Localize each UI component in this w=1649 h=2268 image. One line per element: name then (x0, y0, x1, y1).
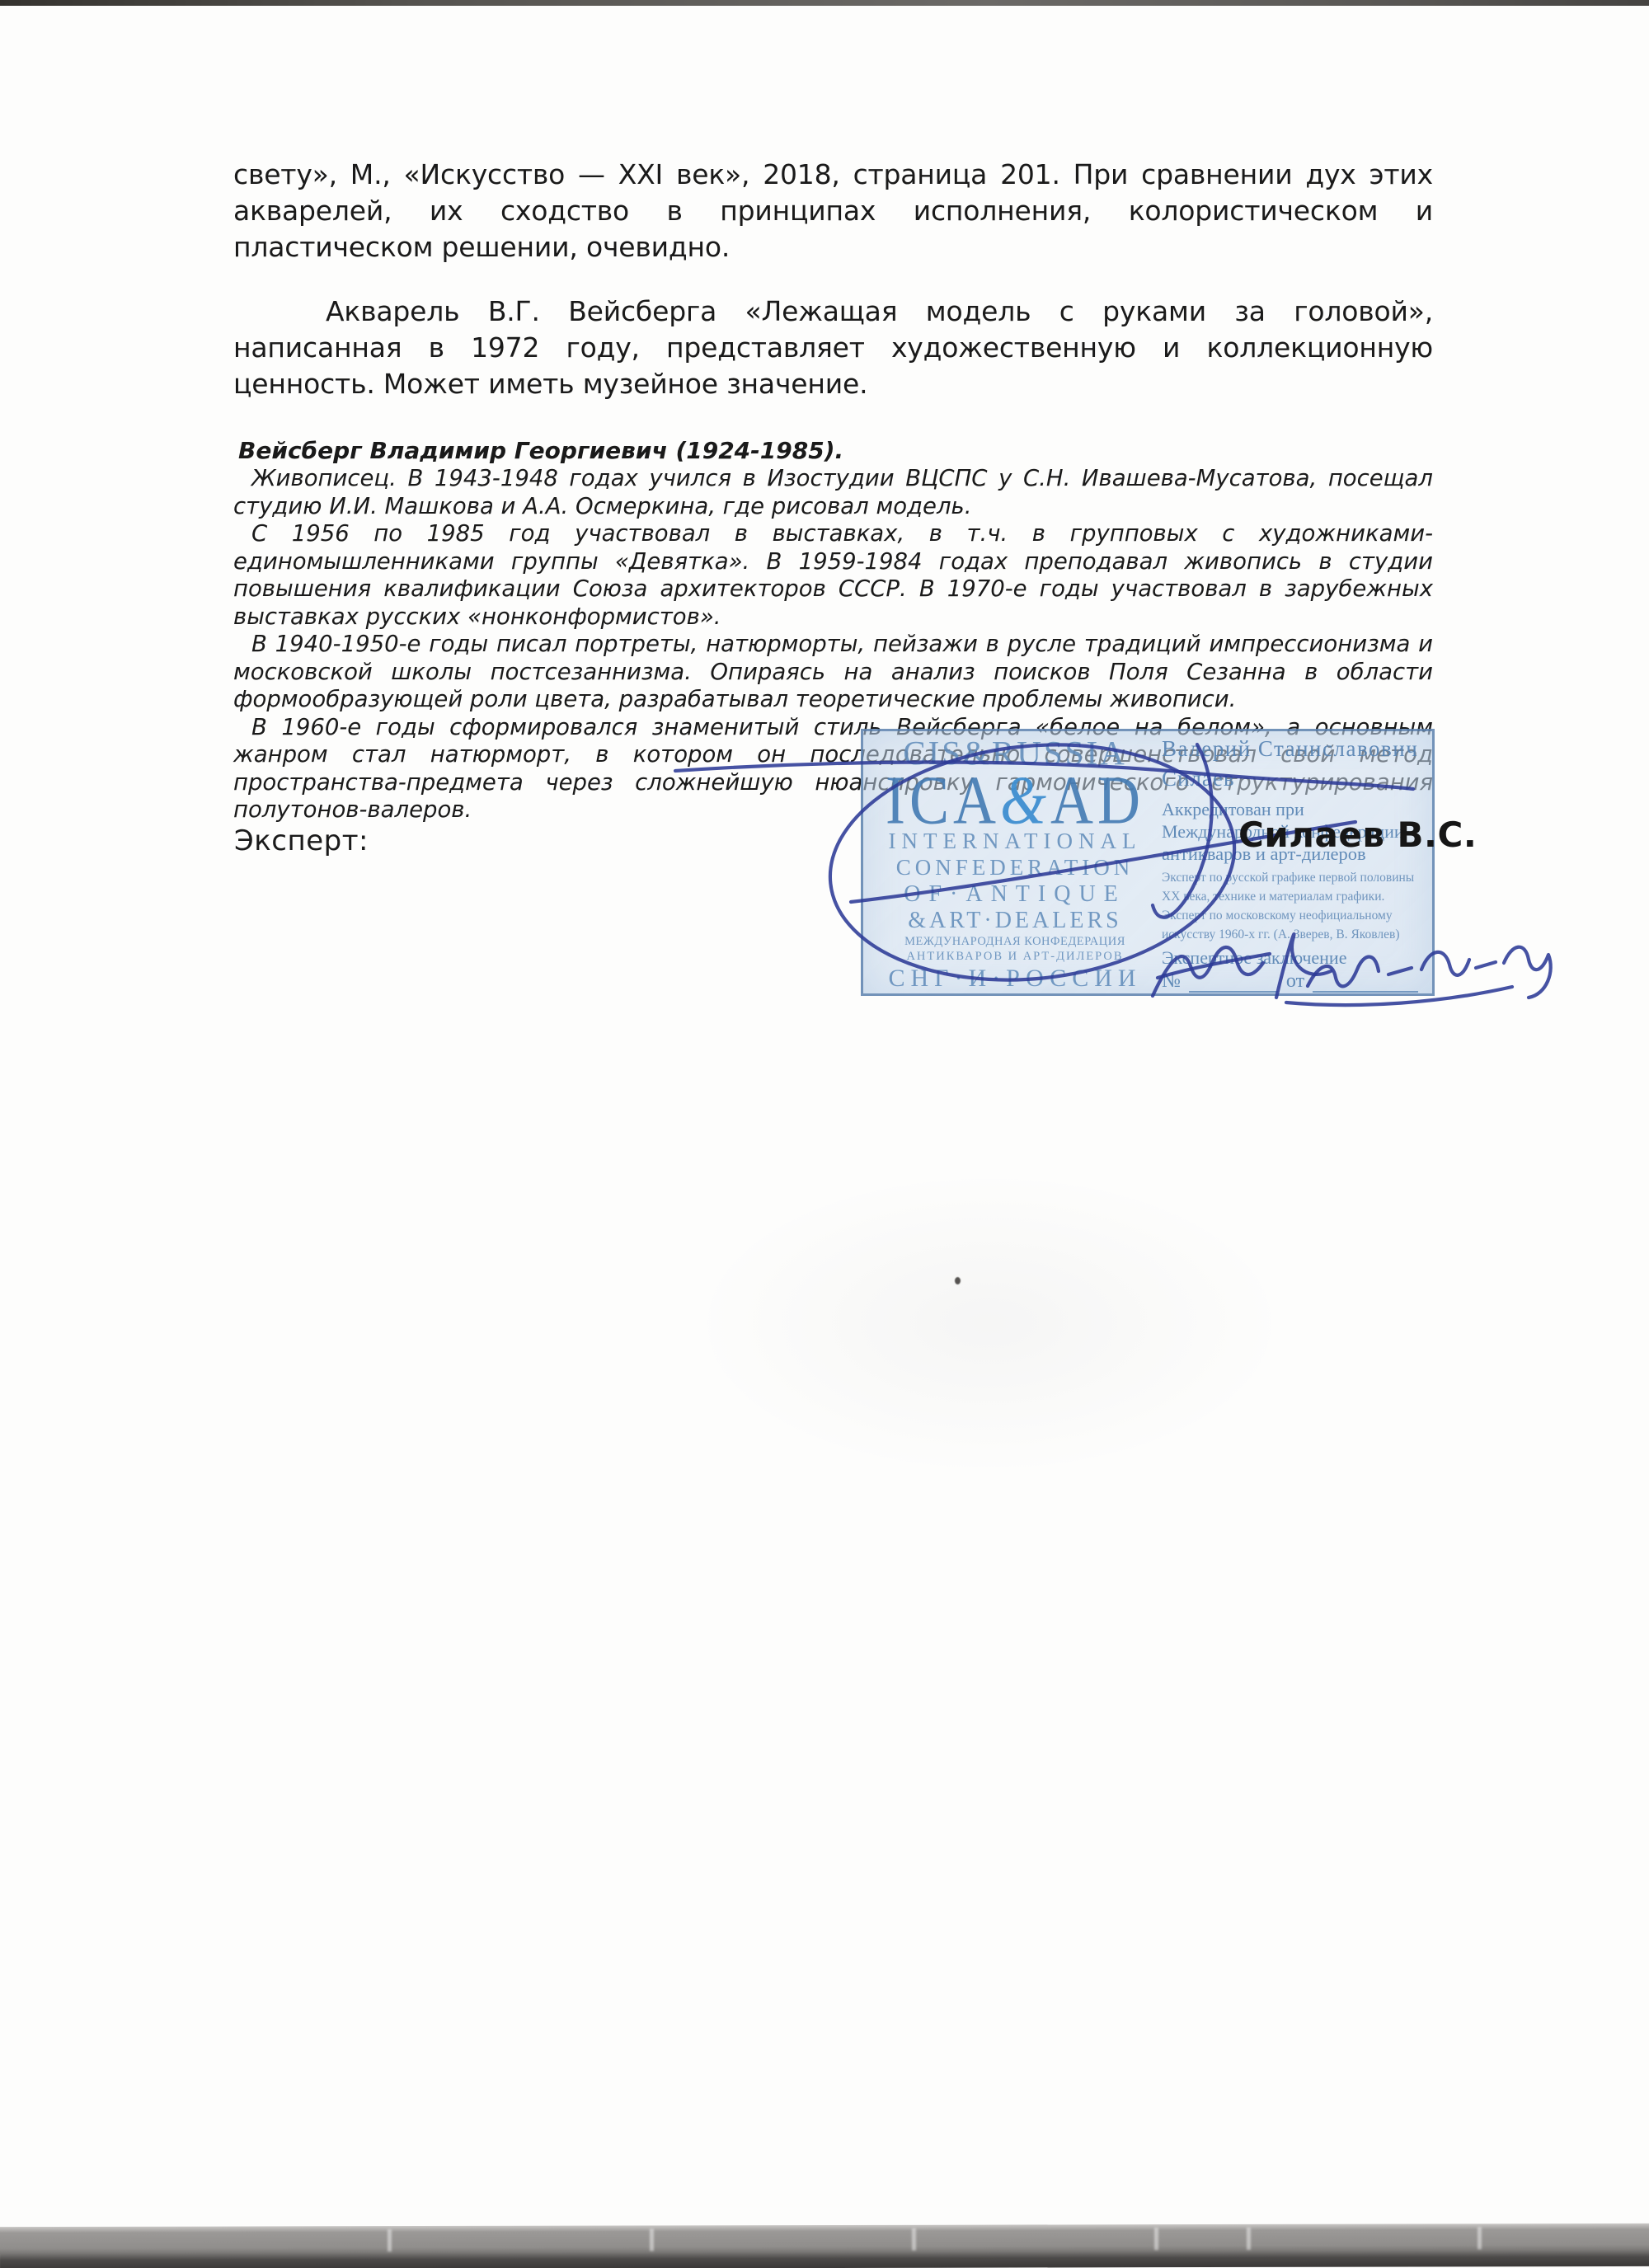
scan-band-gap (1478, 2227, 1482, 2249)
ink-speck (955, 1277, 961, 1284)
stamp-line-dealers-cyr: АНТИКВАРОВ И АРТ-ДИЛЕРОВ (870, 950, 1160, 964)
paragraph-continuation: свету», М., «Искусство — XXI век», 2018,… (233, 157, 1433, 265)
text-body: свету», М., «Искусство — XXI век», 2018,… (233, 157, 1433, 824)
scan-band-gap (1154, 2228, 1158, 2250)
document-page: свету», М., «Искусство — XXI век», 2018,… (0, 0, 1649, 2268)
blank-line-date (1313, 973, 1418, 993)
stamp-line-confederation: CONFEDERATION (870, 855, 1160, 880)
stamp-left-column: CIS&RUSSIA ICA&AD INTERNATIONAL CONFEDER… (870, 733, 1160, 995)
numero-sign: № (1162, 970, 1181, 993)
scan-band-gap (388, 2229, 392, 2252)
expert-name-printed: Силаев В.С. (1238, 815, 1477, 855)
scan-edge-bottom (0, 2223, 1649, 2268)
stamp-holder-first-name: Валерий Станиславович (1162, 736, 1418, 762)
bleed-through-smudge (693, 1171, 1286, 1476)
bio-paragraph: С 1956 по 1985 год участвовал в выставка… (233, 520, 1433, 631)
stamp-line-confed-cyr: МЕЖДУНАРОДНАЯ КОНФЕДЕРАЦИЯ (870, 935, 1160, 949)
bio-paragraph: Живописец. В 1943-1948 годах учился в Из… (233, 465, 1433, 520)
stamp-line-cis-russia-cyr: СНГ·И·РОССИИ (870, 965, 1160, 993)
stamp-conclusion-label: Экспертное заключение (1162, 947, 1346, 969)
blank-line-number (1189, 973, 1278, 993)
stamp-line-international: INTERNATIONAL (870, 829, 1160, 854)
scan-band-gap (650, 2228, 654, 2251)
ot-label: от (1286, 970, 1304, 993)
bio-header: Вейсберг Владимир Георгиевич (1924-1985)… (238, 437, 1433, 465)
scan-band-gap (912, 2228, 916, 2251)
stamp-holder-last-name: Силаев (1162, 766, 1235, 791)
stamp-expertise-text: Эксперт по русской графике первой полови… (1162, 868, 1427, 944)
icaad-left: ICA (886, 762, 1000, 838)
ampersand-glyph: & (1000, 762, 1050, 838)
expert-label: Эксперт: (234, 824, 369, 857)
icaad-right: AD (1050, 762, 1144, 838)
bio-paragraph: В 1940-1950-е годы писал портреты, натюр… (233, 631, 1433, 714)
stamp-number-row: № от (1162, 970, 1418, 993)
stamp-right-column: Валерий Станиславович Силаев Аккредитова… (1162, 733, 1427, 995)
icaad-stamp: CIS&RUSSIA ICA&AD INTERNATIONAL CONFEDER… (861, 729, 1435, 996)
scan-edge-top (0, 0, 1649, 6)
paragraph-artwork-value: Акварель В.Г. Вейсберга «Лежащая модель … (233, 293, 1433, 402)
scan-band-gap (1247, 2228, 1251, 2250)
stamp-line-of-antique: OF·ANTIQUE (870, 881, 1160, 908)
stamp-line-art-dealers: &ART·DEALERS (870, 908, 1160, 934)
